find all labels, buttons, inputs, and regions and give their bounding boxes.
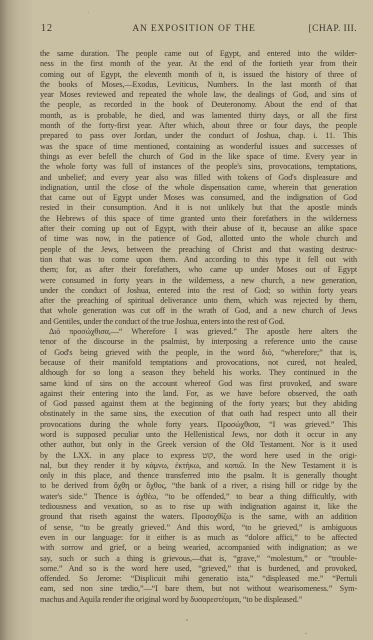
text-line: of time was now, in the patience of God,… — [40, 234, 357, 244]
text-line: to be derived from ὄχθη or ὄχθος, “the b… — [40, 481, 357, 491]
text-line: of sense, “to be greatly grieved.” And t… — [40, 523, 357, 533]
text-line: after their coming up out of Egypt, with… — [40, 224, 357, 234]
text-line: things as ever befell the church of God … — [40, 152, 357, 162]
text-line: that whole generation was cut off in the… — [40, 306, 357, 316]
text-line: people of the Jews, between the preachin… — [40, 245, 357, 255]
text-line: the Hebrews of this space of time grante… — [40, 214, 357, 224]
text-line: same kind of sins on the account whereof… — [40, 379, 357, 389]
text-line: the people, as recorded in the book of D… — [40, 100, 357, 110]
text-line: prepared to pass over Jordan, under the … — [40, 131, 357, 141]
text-block: the same duration. The people came out o… — [40, 49, 357, 605]
text-line: some.” And so is the word here used, “gr… — [40, 564, 357, 574]
text-line: even in our language: for it either is a… — [40, 533, 357, 543]
text-line: ness in the first month of the year. At … — [40, 59, 357, 69]
text-line: with sorrow and grief, or a being wearie… — [40, 543, 357, 553]
text-line: provocations during the whole forty year… — [40, 420, 357, 430]
text-line: and Gentiles, under the conduct of the t… — [40, 317, 357, 327]
page-number: 12 — [41, 23, 101, 34]
text-line: eam, sed non sine tædio,”—“I bare them, … — [40, 584, 357, 594]
book-page: 12 AN EXPOSITION OF THE [CHAP. III. the … — [0, 0, 373, 640]
text-line: under the conduct of Joshua, entered int… — [40, 286, 357, 296]
text-line: ground that riseth against the waters. Π… — [40, 512, 357, 522]
text-line: month of the forty-first year. After whi… — [40, 121, 357, 131]
chapter-heading: [CHAP. III. — [287, 24, 357, 34]
text-line: word is supposed peculiar unto the Helle… — [40, 430, 357, 440]
text-line: were consumed in forty years in the wild… — [40, 276, 357, 286]
text-line: against their entering into the land. Fo… — [40, 389, 357, 399]
text-line: coming out of Egypt, the eleventh month … — [40, 70, 357, 80]
text-line: after the preaching of spiritual deliver… — [40, 296, 357, 306]
text-line: other author, but only in the Greek vers… — [40, 440, 357, 450]
text-line: tenor of the discourse in the psalmist, … — [40, 337, 357, 347]
running-title: AN EXPOSITION OF THE — [101, 24, 287, 34]
page-gutter-shadow — [0, 0, 34, 640]
text-line: tediousness and vexation, so as to rise … — [40, 502, 357, 512]
text-line: was the space of time mentioned, contain… — [40, 142, 357, 152]
paper-speck — [305, 633, 307, 634]
text-line: the same duration. The people came out o… — [40, 49, 357, 59]
text-line: because of their manifold temptations an… — [40, 358, 357, 368]
text-line: although for so long a season they behel… — [40, 368, 357, 378]
text-line: month, as is probable, he died, and was … — [40, 111, 357, 121]
paper-speck — [186, 619, 188, 621]
text-line: by the LXX. in any place to express קוּט… — [40, 451, 357, 461]
text-line: Διὸ προσώχθισα,—“ Wherefore I was grieve… — [40, 327, 357, 337]
text-line: of God's being grieved with the people, … — [40, 348, 357, 358]
text-line: and unbelief; and every year also was fi… — [40, 173, 357, 183]
text-line: water's side.” Thence is ὀχθέω, “to be o… — [40, 492, 357, 502]
text-line: machus and Aquila render the original wo… — [40, 595, 357, 605]
text-line: the whole forty was full of instances of… — [40, 162, 357, 172]
paper-speck — [88, 12, 89, 13]
text-line: offended. So Jerome: “Displicuit mihi ge… — [40, 574, 357, 584]
text-line: year Moses reviewed and repeated the who… — [40, 90, 357, 100]
text-line: of God passed against them at the beginn… — [40, 399, 357, 409]
text-line: rested in their consumption. And it is n… — [40, 203, 357, 213]
text-line: tion that was to come upon them. And acc… — [40, 255, 357, 265]
text-line: the books of Moses,—Exodus, Leviticus, N… — [40, 80, 357, 90]
page-header: 12 AN EXPOSITION OF THE [CHAP. III. — [41, 23, 357, 34]
text-line: nal, but they render it by κάμνω, ἐκτήκω… — [40, 461, 357, 471]
text-line: that came out of Egypt under Moses was c… — [40, 193, 357, 203]
text-line: obstinately in the same sins, the execut… — [40, 409, 357, 419]
text-line: indignation, until the close of the whol… — [40, 183, 357, 193]
text-line: only in this place, and thence transferr… — [40, 471, 357, 481]
text-line: say, such or such a thing is grievous,—t… — [40, 554, 357, 564]
text-line: them; for, as after their forefathers, w… — [40, 265, 357, 275]
